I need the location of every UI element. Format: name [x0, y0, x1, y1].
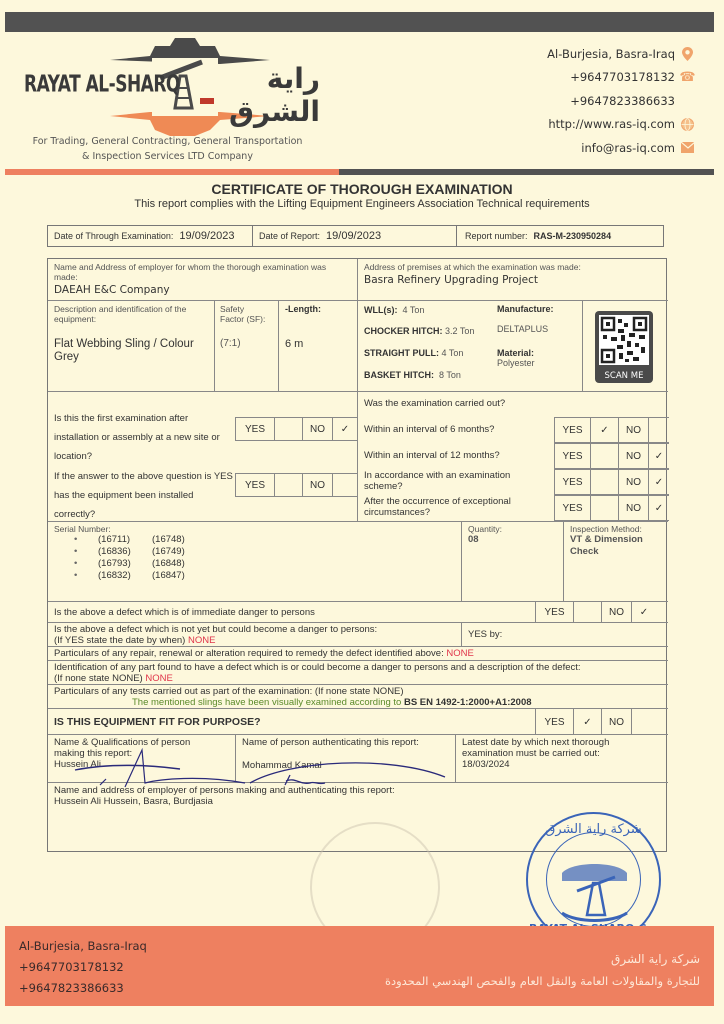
contact-phone-2-text[interactable]: +9647823386633 — [570, 94, 675, 108]
yes-label: YES — [536, 601, 574, 623]
bullet-icon: • — [74, 534, 98, 546]
future-danger-value: NONE — [188, 635, 215, 646]
yes-checkbox[interactable] — [275, 418, 303, 440]
serial-number: (16748) — [152, 534, 206, 546]
exam-carried-out-heading: Was the examination carried out? — [364, 398, 505, 409]
length-cell: -Length: 6 m — [279, 301, 358, 391]
yes-label: YES — [555, 470, 591, 494]
yes-label: YES — [555, 418, 591, 442]
choker-value: 3.2 Ton — [445, 326, 474, 336]
no-checkbox[interactable]: ✓ — [649, 496, 669, 520]
part-defect-value: NONE — [145, 673, 172, 684]
exam-interval-answer: YESNO✓ — [554, 469, 669, 495]
stamp-inner-ring — [546, 832, 641, 927]
straight-label: STRAIGHT PULL: — [364, 348, 439, 358]
examination-form: Name and Address of employer for whom th… — [47, 258, 667, 852]
bullet-icon: • — [74, 558, 98, 570]
repair-value: NONE — [446, 648, 473, 659]
yes-checkbox[interactable] — [275, 474, 303, 496]
tests-row: Particulars of any tests carried out as … — [48, 685, 668, 709]
future-danger-question: Is the above a defect which is not yet b… — [54, 624, 455, 635]
quantity-cell: Quantity: 08 — [462, 521, 564, 601]
choker-label: CHOCKER HITCH: — [364, 326, 443, 336]
serial-number-row: •(16832)(16847) — [74, 570, 455, 582]
authenticator-value: Mohammad Kamal — [242, 760, 449, 771]
yes-checkbox[interactable]: ✓ — [574, 709, 602, 735]
no-checkbox[interactable]: ✓ — [649, 444, 669, 468]
no-label: NO — [619, 444, 649, 468]
part-defect-row: Identification of any part found to have… — [48, 661, 668, 685]
persons-employer-value: Hussein Ali Hussein, Basra, Burdjasia — [54, 796, 662, 807]
tagline-line-1: For Trading, General Contracting, Genera… — [20, 134, 315, 149]
exam-interval-answer: YES✓NO — [554, 417, 669, 443]
next-exam-date: 18/03/2024 — [462, 759, 662, 770]
no-label: NO — [303, 418, 333, 440]
no-checkbox[interactable]: ✓ — [632, 601, 656, 623]
report-number-cell: Report number: RAS-M-230950284 — [457, 226, 663, 246]
yes-checkbox[interactable] — [574, 601, 602, 623]
repair-question: Particulars of any repair, renewal or al… — [54, 648, 444, 659]
first-exam-answer: YES NO ✓ — [235, 417, 358, 441]
footer-arabic-line-2: للتجارة والمقاولات العامة والنقل العام و… — [385, 970, 700, 992]
no-label: NO — [619, 496, 649, 520]
qr-code-icon — [599, 315, 649, 365]
yes-checkbox[interactable] — [591, 496, 619, 520]
contact-phone-1-text[interactable]: +9647703178132 — [570, 70, 675, 84]
contact-address: Al-Burjesia, Basra-Iraq — [547, 42, 694, 66]
authenticator-label: Name of person authenticating this repor… — [242, 737, 449, 748]
no-label: NO — [602, 709, 632, 735]
footer-contacts: Al-Burjesia, Basra-Iraq +9647703178132 +… — [19, 936, 147, 999]
exam-interval-question: Within an interval of 6 months? — [364, 417, 549, 441]
no-checkbox[interactable]: ✓ — [333, 418, 357, 440]
yes-by-cell: YES by: — [462, 623, 668, 647]
description-label: Description and identification of the eq… — [54, 304, 208, 324]
fit-for-purpose-question: IS THIS EQUIPMENT FIT FOR PURPOSE? — [54, 716, 261, 728]
bullet-icon: • — [74, 570, 98, 582]
serial-number-row: •(16711)(16748) — [74, 534, 455, 546]
contact-website[interactable]: http://www.ras-iq.com — [547, 113, 694, 137]
contact-address-text: Al-Burjesia, Basra-Iraq — [547, 47, 675, 61]
basket-label: BASKET HITCH: — [364, 370, 434, 380]
employer-cell: Name and Address of employer for whom th… — [48, 259, 358, 301]
next-exam-cell: Latest date by which next thorough exami… — [456, 735, 668, 783]
no-label: NO — [619, 470, 649, 494]
tests-question: Particulars of any tests carried out as … — [54, 686, 662, 697]
wll-label: WLL(s): — [364, 305, 398, 315]
header-divider-orange — [5, 169, 339, 175]
header-divider-dark — [339, 169, 714, 175]
future-danger-hint: (If YES state the date by when) — [54, 635, 185, 646]
company-logo: RAYAT AL-SHARQ راية الشرق — [20, 38, 320, 138]
safety-factor-cell: Safety Factor (SF): (7:1) — [215, 301, 279, 391]
header-top-bar — [5, 12, 714, 32]
serial-number: (16848) — [152, 558, 206, 570]
yes-checkbox[interactable]: ✓ — [591, 418, 619, 442]
no-label: NO — [619, 418, 649, 442]
yes-label: YES — [236, 418, 275, 440]
exam-date-cell: Date of Through Examination: 19/09/2023 — [48, 226, 253, 246]
serial-number: (16832) — [98, 570, 152, 582]
serial-number-cell: Serial Number: •(16711)(16748)•(16836)(1… — [48, 521, 462, 601]
equipment-description-cell: Description and identification of the eq… — [48, 301, 215, 391]
logo-text-en: RAYAT AL-SHARQ — [24, 71, 180, 98]
exam-date-value: 19/09/2023 — [179, 230, 234, 242]
exam-interval-answer: YESNO✓ — [554, 443, 669, 469]
premises-label: Address of premises at which the examina… — [364, 262, 662, 272]
description-value: Flat Webbing Sling / Colour Grey — [54, 338, 208, 364]
premises-value: Basra Refinery Upgrading Project — [364, 274, 662, 286]
certificate-title: CERTIFICATE OF THOROUGH EXAMINATION — [0, 181, 724, 197]
serial-number: (16836) — [98, 546, 152, 558]
tests-standard: BS EN 1492-1:2000+A1:2008 — [404, 697, 532, 708]
globe-icon — [681, 118, 694, 131]
contact-phone-2[interactable]: +9647823386633 — [547, 89, 694, 113]
qr-code[interactable]: SCAN ME — [595, 311, 653, 383]
employer-value: DAEAH E&C Company — [54, 284, 351, 296]
manufacture-value: DELTAPLUS — [497, 324, 576, 334]
dates-row: Date of Through Examination: 19/09/2023 … — [47, 225, 664, 247]
wll-value: 4 Ton — [403, 305, 425, 315]
yes-checkbox[interactable] — [591, 444, 619, 468]
footer-phone-2[interactable]: +9647823386633 — [19, 978, 147, 999]
yes-checkbox[interactable] — [591, 470, 619, 494]
serial-number: (16793) — [98, 558, 152, 570]
report-date-value: 19/09/2023 — [326, 230, 381, 242]
inspection-method-label: Inspection Method: — [570, 524, 662, 534]
exam-interval-question: After the occurrence of exceptional circ… — [364, 495, 549, 519]
safety-factor-label: Safety Factor (SF): — [220, 304, 270, 324]
material-value: Polyester — [497, 358, 576, 368]
exam-date-label: Date of Through Examination: — [54, 231, 173, 241]
report-maker-cell: Name & Qualifications of person making t… — [48, 735, 236, 783]
length-value: 6 m — [285, 338, 351, 350]
footer-arabic-name: شركة راية الشرق للتجارة والمقاولات العام… — [385, 948, 700, 992]
part-defect-question: Identification of any part found to have… — [54, 662, 662, 673]
contact-website-link[interactable]: http://www.ras-iq.com — [548, 117, 675, 131]
inspection-method-value: VT & Dimension Check — [570, 534, 662, 558]
footer-bar: Al-Burjesia, Basra-Iraq +9647703178132 +… — [5, 926, 714, 1006]
report-number-value: RAS-M-230950284 — [534, 231, 612, 241]
repair-row: Particulars of any repair, renewal or al… — [48, 647, 668, 661]
future-danger-cell: Is the above a defect which is not yet b… — [48, 623, 462, 647]
serial-number: (16847) — [152, 570, 206, 582]
manufacture-label: Manufacture: — [497, 304, 576, 314]
immediate-danger-question: Is the above a defect which is of immedi… — [54, 607, 315, 618]
yes-label: YES — [555, 496, 591, 520]
yes-label: YES — [555, 444, 591, 468]
installed-correctly-question: If the answer to the above question is Y… — [54, 467, 234, 524]
straight-value: 4 Ton — [442, 348, 464, 358]
location-pin-icon — [681, 47, 694, 60]
envelope-icon — [681, 141, 694, 154]
yes-label: YES — [236, 474, 275, 496]
employer-label: Name and Address of employer for whom th… — [54, 262, 351, 282]
no-label: NO — [602, 601, 632, 623]
certificate-subtitle: This report complies with the Lifting Eq… — [0, 198, 724, 210]
yes-by-label: YES by: — [468, 629, 502, 640]
contact-email-link[interactable]: info@ras-iq.com — [581, 141, 675, 155]
contact-phone-1[interactable]: +9647703178132 ☎ — [547, 66, 694, 90]
footer-arabic-line-1: شركة راية الشرق — [385, 948, 700, 970]
no-label: NO — [303, 474, 333, 496]
no-checkbox[interactable]: ✓ — [649, 470, 669, 494]
wll-cell: WLL(s): 4 Ton CHOCKER HITCH: 3.2 Ton STR… — [358, 301, 491, 391]
basket-value: 8 Ton — [439, 370, 461, 380]
length-label: -Length: — [285, 304, 351, 314]
no-checkbox[interactable] — [649, 418, 669, 442]
exam-interval-question: Within an interval of 12 months? — [364, 443, 549, 467]
serial-number: (16711) — [98, 534, 152, 546]
report-number-label: Report number: — [465, 231, 528, 241]
material-label: Material: — [497, 348, 576, 358]
authenticator-cell: Name of person authenticating this repor… — [236, 735, 456, 783]
next-exam-label: Latest date by which next thorough exami… — [462, 737, 642, 759]
report-maker-value: Hussein Ali — [54, 759, 229, 770]
stamp-text-arabic: شركة راية الشرق — [528, 822, 659, 837]
report-date-cell: Date of Report: 19/09/2023 — [253, 226, 457, 246]
phone-icon: ☎ — [681, 71, 694, 84]
header-contacts: Al-Burjesia, Basra-Iraq +9647703178132 ☎… — [547, 42, 694, 160]
questions-left: Is this the first examination after inst… — [48, 391, 358, 521]
no-checkbox[interactable] — [333, 474, 357, 496]
persons-employer-label: Name and address of employer of persons … — [54, 785, 662, 796]
part-defect-hint: (If none state NONE) — [54, 673, 143, 684]
exam-interval-question: In accordance with an examination scheme… — [364, 469, 549, 493]
quantity-label: Quantity: — [468, 524, 557, 534]
first-exam-question: Is this the first examination after inst… — [54, 409, 234, 466]
company-tagline: For Trading, General Contracting, Genera… — [20, 134, 315, 164]
contact-email[interactable]: info@ras-iq.com — [547, 136, 694, 160]
serial-number: (16749) — [152, 546, 206, 558]
safety-factor-value: (7:1) — [220, 338, 273, 349]
no-checkbox[interactable] — [632, 709, 656, 735]
manufacture-cell: Manufacture: DELTAPLUS Material: Polyest… — [491, 301, 583, 391]
bullet-icon: • — [74, 546, 98, 558]
yes-label: YES — [536, 709, 574, 735]
questions-right: Was the examination carried out? Within … — [358, 391, 668, 521]
quantity-value: 08 — [468, 534, 557, 545]
footer-address: Al-Burjesia, Basra-Iraq — [19, 936, 147, 957]
stamp-derrick-icon — [547, 833, 642, 928]
tests-value: The mentioned slings have been visually … — [132, 697, 401, 708]
logo-text-ar: راية الشرق — [206, 62, 320, 128]
report-maker-label: Name & Qualifications of person making t… — [54, 737, 214, 759]
tagline-line-2: & Inspection Services LTD Company — [20, 149, 315, 164]
serial-number-row: •(16793)(16848) — [74, 558, 455, 570]
serial-number-row: •(16836)(16749) — [74, 546, 455, 558]
inspection-method-cell: Inspection Method: VT & Dimension Check — [564, 521, 668, 601]
installed-correctly-answer: YES NO — [235, 473, 358, 497]
fit-for-purpose-answer: YES ✓ NO — [535, 709, 656, 735]
exam-interval-answer: YESNO✓ — [554, 495, 669, 521]
report-date-label: Date of Report: — [259, 231, 320, 241]
serial-number-label: Serial Number: — [54, 524, 455, 534]
premises-cell: Address of premises at which the examina… — [358, 259, 668, 301]
qr-scan-label: SCAN ME — [595, 371, 653, 381]
immediate-danger-answer: YES NO ✓ — [535, 601, 656, 623]
footer-phone-1[interactable]: +9647703178132 — [19, 957, 147, 978]
